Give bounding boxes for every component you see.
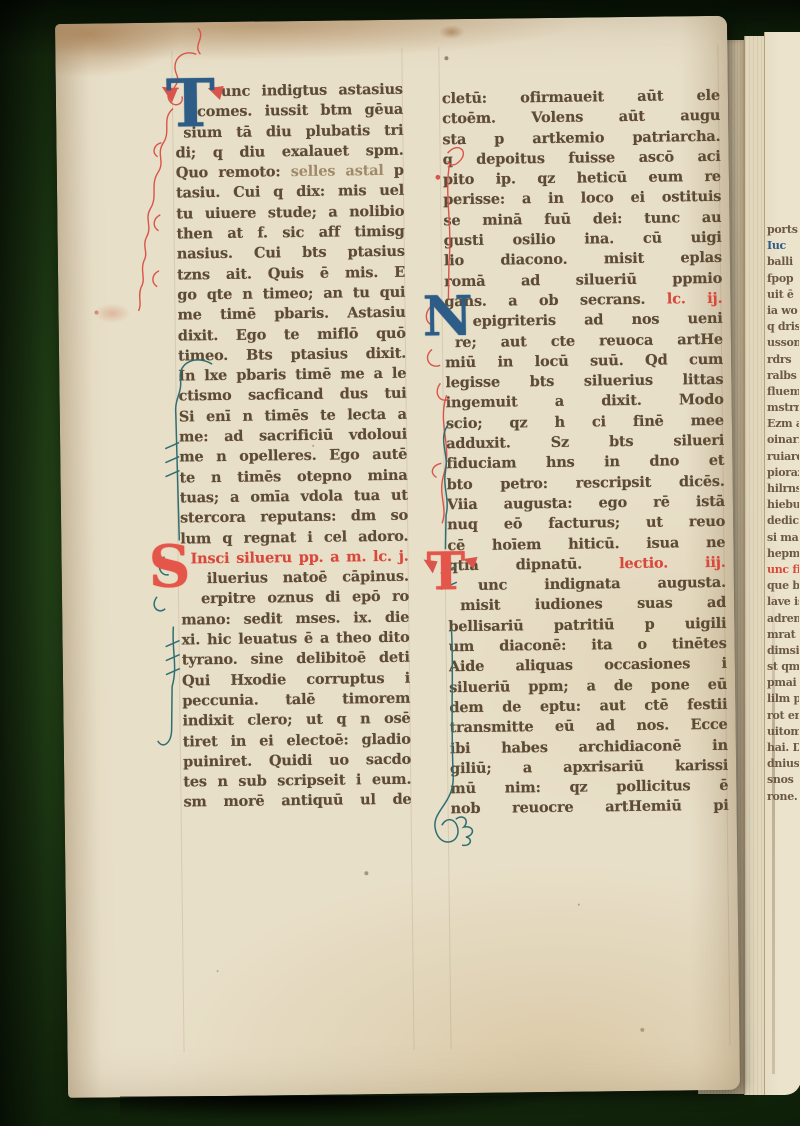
body-text: mano: sedit mses. ix. die: [181, 608, 409, 628]
body-text: ctismo sacficand dus tui: [178, 385, 406, 405]
text-line: dixit. Ego te miflō quō: [178, 323, 406, 346]
next-page-text-fragment: pioraz: [767, 465, 799, 481]
text-line: tuas; a omīa vdola tua ut: [180, 486, 408, 509]
body-text: sta p artkemio patriarcha.: [442, 127, 720, 147]
text-line: Si enī n timēs te lecta a: [179, 404, 407, 427]
body-text: puiniret. Quidi uo sacdo: [183, 751, 411, 771]
next-page-text-fragment: dimsi: [767, 643, 799, 659]
body-text: epigriteris ad nos ueni: [473, 310, 723, 330]
body-text: timeo. Bts ptasius dixit.: [178, 345, 406, 365]
text-line: tu uiuere stude; a nolibio: [176, 202, 404, 225]
text-line: transmitte eū ad nos. Ecce: [450, 715, 728, 739]
next-page-text-fragment: ia wo: [767, 303, 799, 319]
body-text: ctoēm. Volens aūt augu: [442, 107, 720, 127]
body-text: di; q diu exalauet spm.: [175, 142, 403, 162]
next-page-text-fragment: fpop: [767, 271, 799, 287]
next-page-text-fragment: si mado: [767, 530, 799, 546]
text-line: tiret in ei electoē: gladio: [183, 729, 411, 752]
next-page-text-fragment: dedico: [767, 513, 799, 529]
next-page-text-fragment: uitom: [767, 724, 799, 740]
text-line: tyrano. sine delibitoē deti: [182, 648, 410, 671]
text-line: di; q diu exalauet spm.: [175, 141, 403, 164]
next-page-text-fragment: lilm p: [767, 691, 799, 707]
next-page-text-fragment: hai. Di: [767, 740, 799, 756]
next-page-text-fragment: hepm: [767, 546, 799, 562]
body-text: selles astal: [291, 162, 384, 180]
body-text: go qte n timeo; an tu qui: [177, 284, 405, 304]
body-text: transmitte eū ad nos. Ecce: [450, 716, 728, 736]
initial-s-red: S: [148, 540, 191, 593]
next-page-text-fragment: rone. E: [767, 789, 799, 805]
next-page-text-fragment: mrat: [767, 627, 799, 643]
text-line: me timē pbaris. Astasiu: [177, 303, 405, 326]
body-text: perisse: a in loco ei ostituis: [443, 188, 721, 208]
text-line: mano: sedit mses. ix. die: [181, 607, 409, 630]
next-page-text-fragment: oinari: [767, 432, 799, 448]
next-page-text-fragment: que b: [767, 578, 799, 594]
body-text: me: ad sacrificiū vdoloui: [179, 426, 407, 446]
page-bottom-shadow: [120, 1096, 700, 1126]
body-text: tes n sub scripseit i eum.: [183, 771, 411, 791]
body-text: dem de eptu: aut ctē festii: [449, 696, 727, 716]
body-text: peccunia. talē timorem: [182, 690, 410, 710]
text-line: xi. hic leuatus ē a theo dito: [181, 628, 409, 651]
body-text: Qui Hxodie corruptus i: [182, 669, 410, 689]
body-text: adduxit. Sz bts silueri: [446, 432, 724, 452]
body-text: bto petro: rescripsit dicēs.: [447, 472, 725, 492]
body-text: legisse bts siluerius littas: [445, 371, 723, 391]
body-text: nob reuocre artHemiū pi: [451, 797, 729, 817]
text-line: Qui Hxodie corruptus i: [182, 668, 410, 691]
body-text: tiret in ei electoē: gladio: [183, 730, 411, 750]
body-text: cē hoīem hiticū. isua ne: [447, 533, 725, 553]
next-page-text-fragment: adrem: [767, 611, 799, 627]
text-line: erpitre oznus di epō ro: [181, 587, 409, 610]
next-page-text-fragment: lave is: [767, 594, 799, 610]
text-line: me: ad sacrificiū vdoloui: [179, 425, 407, 448]
next-page-text-fragment: ports: [767, 222, 799, 238]
next-page-text-fragment: fluem: [767, 384, 799, 400]
initial-n-blue: N: [422, 291, 473, 341]
body-text: Si enī n timēs te lecta a: [179, 405, 407, 425]
body-text: fiduciam hns in dno et: [446, 452, 724, 472]
text-line: tes n sub scripseit i eum.: [183, 770, 411, 793]
body-text: tu uiuere stude; a nolibio: [176, 203, 404, 223]
body-text: In lxe pbaris timē me a le: [178, 365, 406, 385]
text-line: ctoēm. Volens aūt augu: [442, 106, 720, 130]
body-text: stercora reputans: dm so: [180, 507, 408, 527]
body-text: unc indignata augusta.: [478, 574, 726, 594]
text-line: tzns ait. Quis ē mis. E: [177, 262, 405, 285]
next-page-text-fragment: pmai: [767, 675, 799, 691]
body-text: erpitre oznus di epō ro: [201, 588, 409, 608]
text-line: me n opelleres. Ego autē: [179, 445, 407, 468]
body-text: qtia dipnatū.: [448, 555, 620, 574]
next-page-text-fragment: rdrs: [767, 352, 799, 368]
text-line: Insci silueru pp. a m. lc. j.: [180, 547, 408, 570]
next-page-text-fragment: hilrns: [767, 481, 799, 497]
next-page-text-fragment: uit ē: [767, 287, 799, 303]
text-line: tasiu. Cui q dix: mis uel: [176, 181, 404, 204]
text-line: indixit clero; ut q n osē: [182, 709, 410, 732]
body-text: lum q regnat i cel adoro.: [180, 527, 408, 547]
body-text: indixit clero; ut q n osē: [182, 710, 410, 730]
next-page-text-fragment: snos: [767, 772, 799, 788]
book-fore-edge-middle: [744, 36, 766, 1095]
initial-t-blue: T: [166, 74, 216, 134]
body-text: sm morē antiquū ul de: [183, 791, 411, 811]
next-page-text-fragment: mstrr: [767, 400, 799, 416]
body-text: dixit. Ego te miflō quō: [178, 324, 406, 344]
body-text: xi. hic leuatus ē a theo dito: [181, 629, 409, 649]
body-text: nasius. Cui bts ptasius: [177, 243, 405, 263]
body-text: unc indigtus astasius: [221, 81, 403, 100]
text-line: nob reuocre artHemiū pi: [451, 796, 729, 820]
next-page-text-fragment: q dris: [767, 319, 799, 335]
text-line: fiduciam hns in dno et: [446, 451, 724, 475]
body-text: tyrano. sine delibitoē deti: [182, 649, 410, 669]
parchment-specks: [55, 24, 57, 26]
next-page-text-fragment: unc fi: [767, 562, 799, 578]
manuscript-page: unc indigtus astasiuscomes. iussit btm g…: [55, 16, 740, 1098]
body-text: um diaconē: ita o tinētes: [449, 635, 727, 655]
next-page-text-strip: portsIucballifpopuit ēia woq drisussomrd…: [767, 222, 799, 805]
body-text: q depoitus fuisse ascō aci: [443, 148, 721, 168]
rubric-text: lc. ij.: [667, 290, 723, 308]
next-page-text-fragment: Iuc: [767, 238, 799, 254]
text-line: peccunia. talē timorem: [182, 689, 410, 712]
body-text: romā ad silueriū ppmio: [444, 270, 722, 290]
text-line: puiniret. Quidi uo sacdo: [183, 750, 411, 773]
text-line: stercora reputans: dm so: [180, 506, 408, 529]
body-text: misit iudiones suas ad: [460, 594, 726, 614]
text-line: nasius. Cui bts ptasius: [177, 242, 405, 265]
text-line: sm morē antiquū ul de: [183, 790, 411, 813]
next-page-text-fragment: ussom: [767, 335, 799, 351]
text-column-right: cletū: ofirmaueit aūt electoēm. Volens a…: [442, 86, 729, 820]
next-page-text-fragment: ralbs: [767, 368, 799, 384]
body-text: me n opelleres. Ego autē: [179, 446, 407, 466]
body-text: Quo remoto:: [176, 163, 291, 181]
body-text: Viia augusta: ego rē istā: [447, 493, 725, 513]
body-text: Aide aliquas occasiones i: [449, 655, 727, 675]
text-line: then at f. sic aff timisg: [176, 222, 404, 245]
body-text: gans. a ob secrans.: [444, 291, 667, 311]
body-text: tuas; a omīa vdola tua ut: [180, 487, 408, 507]
body-text: pito ip. qz heticū eum re: [443, 168, 721, 188]
next-page-text-fragment: Ezm ad: [767, 416, 799, 432]
body-text: lio diacono. misit eplas: [444, 249, 722, 269]
body-text: then at f. sic aff timisg: [176, 223, 404, 243]
body-text: p: [384, 162, 404, 179]
rubric-text: lectio. iij.: [619, 554, 726, 572]
body-text: miū in locū suū. Qd cum: [445, 351, 723, 371]
body-text: ibi habes archidiaconē in: [450, 736, 728, 756]
text-line: go qte n timeo; an tu qui: [177, 283, 405, 306]
next-page-text-fragment: st qm: [767, 659, 799, 675]
body-text: scio; qz h ci finē mee: [446, 412, 724, 432]
text-line: nuq eō facturus; ut reuo: [447, 512, 725, 536]
text-line: epigriteris ad nos ueni: [445, 309, 723, 333]
body-text: giliū; a apxrisariū karissi: [450, 757, 728, 777]
next-page-text-fragment: dnius: [767, 756, 799, 772]
body-text: iluerius natoē cāpinus.: [207, 568, 409, 587]
rubric-text: Insci silueru pp. a m. lc. j.: [190, 548, 408, 568]
body-text: sium tā diu plubatis tri: [183, 121, 403, 141]
body-text: gusti osilio ina. cū uigi: [444, 229, 722, 249]
initial-t-red: T: [426, 549, 465, 596]
body-text: se minā fuū dei: tunc au: [443, 209, 721, 229]
text-line: te n timēs otepno mina: [179, 465, 407, 488]
body-text: tasiu. Cui q dix: mis uel: [176, 182, 404, 202]
body-text: me timē pbaris. Astasiu: [177, 304, 405, 324]
body-text: mū nim: qz pollicitus ē: [450, 777, 728, 797]
next-page-text-fragment: balli: [767, 254, 799, 270]
body-text: te n timēs otepno mina: [179, 466, 407, 486]
text-line: timeo. Bts ptasius dixit.: [178, 344, 406, 367]
text-line: In lxe pbaris timē me a le: [178, 364, 406, 387]
next-page-text-fragment: ruiard: [767, 449, 799, 465]
text-line: lum q regnat i cel adoro.: [180, 526, 408, 549]
text-line: Aide aliquas occasiones i: [449, 654, 727, 678]
body-text: comes. iussit btm gēua: [197, 101, 403, 121]
next-page-text-fragment: rot em: [767, 708, 799, 724]
body-text: bellisariū patritiū p uigili: [448, 615, 726, 635]
next-page-text-fragment: hiebur: [767, 497, 799, 513]
text-line: Quo remoto: selles astal p: [176, 161, 404, 184]
body-text: cletū: ofirmaueit aūt ele: [442, 87, 720, 107]
text-line: ctismo sacficand dus tui: [178, 384, 406, 407]
body-text: ingemuit a dixit. Modo: [446, 391, 724, 411]
body-text: re; aut cte reuoca artHe: [455, 330, 723, 350]
text-line: iluerius natoē cāpinus.: [181, 567, 409, 590]
text-column-left: unc indigtus astasiuscomes. iussit btm g…: [175, 80, 412, 813]
body-text: tzns ait. Quis ē mis. E: [177, 263, 405, 283]
body-text: silueriū ppm; a de pone eū: [449, 675, 727, 695]
body-text: nuq eō facturus; ut reuo: [447, 513, 725, 533]
